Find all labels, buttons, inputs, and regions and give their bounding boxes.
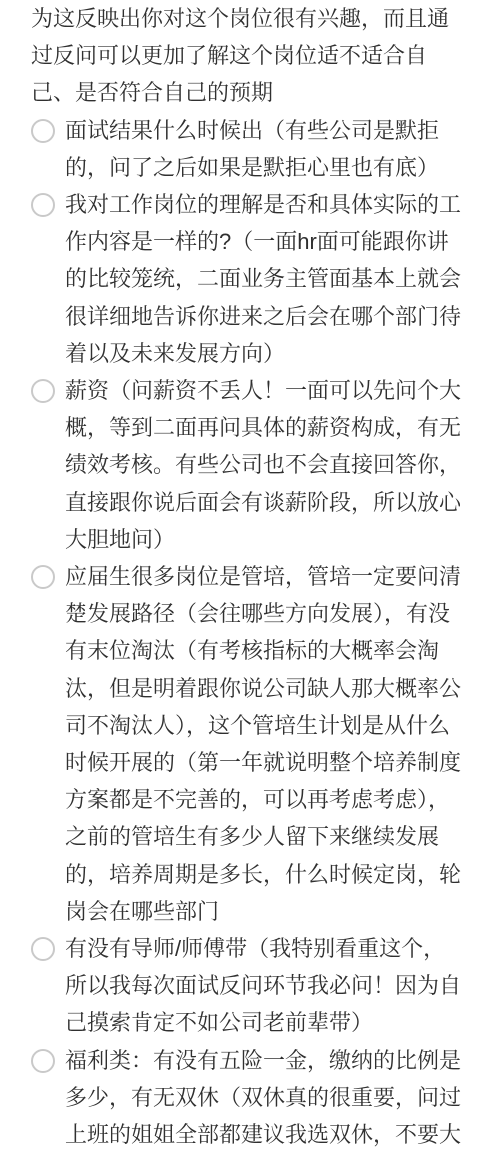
checkbox-circle-icon[interactable]: [31, 565, 55, 589]
checkbox-circle-icon[interactable]: [31, 1049, 55, 1073]
intro-paragraph: 为这反映出你对这个岗位很有兴趣，而且通过反问可以更加了解这个岗位适不适合自己、是…: [31, 0, 464, 112]
checkbox-circle-icon[interactable]: [31, 119, 55, 143]
checklist-item-text: 有没有导师/师傅带（我特别看重这个，所以我每次面试反问环节我必问！因为自己摸索肯…: [65, 936, 461, 1035]
checklist-item: 应届生很多岗位是管培，管培一定要问清楚发展路径（会往哪些方向发展），有没有末位淘…: [31, 558, 464, 930]
checklist-item-text: 应届生很多岗位是管培，管培一定要问清楚发展路径（会往哪些方向发展），有没有末位淘…: [65, 564, 461, 924]
checklist: 面试结果什么时候出（有些公司是默拒的，问了之后如果是默拒心里也有底） 我对工作岗…: [31, 112, 464, 1153]
checklist-item: 面试结果什么时候出（有些公司是默拒的，问了之后如果是默拒心里也有底）: [31, 112, 464, 186]
checklist-item: 薪资（问薪资不丢人！一面可以先问个大概，等到二面再问具体的薪资构成，有无绩效考核…: [31, 372, 464, 558]
checklist-item-text: 面试结果什么时候出（有些公司是默拒的，问了之后如果是默拒心里也有底）: [65, 118, 439, 180]
checklist-item: 福利类：有没有五险一金，缴纳的比例是多少，有无双休（双休真的很重要，问过上班的姐…: [31, 1042, 464, 1153]
checkbox-circle-icon[interactable]: [31, 193, 55, 217]
checklist-item-text: 薪资（问薪资不丢人！一面可以先问个大概，等到二面再问具体的薪资构成，有无绩效考核…: [65, 378, 461, 552]
note-body: 为这反映出你对这个岗位很有兴趣，而且通过反问可以更加了解这个岗位适不适合自己、是…: [0, 0, 500, 1153]
checklist-item-text: 福利类：有没有五险一金，缴纳的比例是多少，有无双休（双休真的很重要，问过上班的姐…: [65, 1048, 461, 1147]
checkbox-circle-icon[interactable]: [31, 379, 55, 403]
checklist-item: 我对工作岗位的理解是否和具体实际的工作内容是一样的?（一面hr面可能跟你讲的比较…: [31, 186, 464, 372]
checklist-item: 有没有导师/师傅带（我特别看重这个，所以我每次面试反问环节我必问！因为自己摸索肯…: [31, 930, 464, 1042]
checklist-item-text: 我对工作岗位的理解是否和具体实际的工作内容是一样的?（一面hr面可能跟你讲的比较…: [65, 192, 461, 366]
checkbox-circle-icon[interactable]: [31, 937, 55, 961]
